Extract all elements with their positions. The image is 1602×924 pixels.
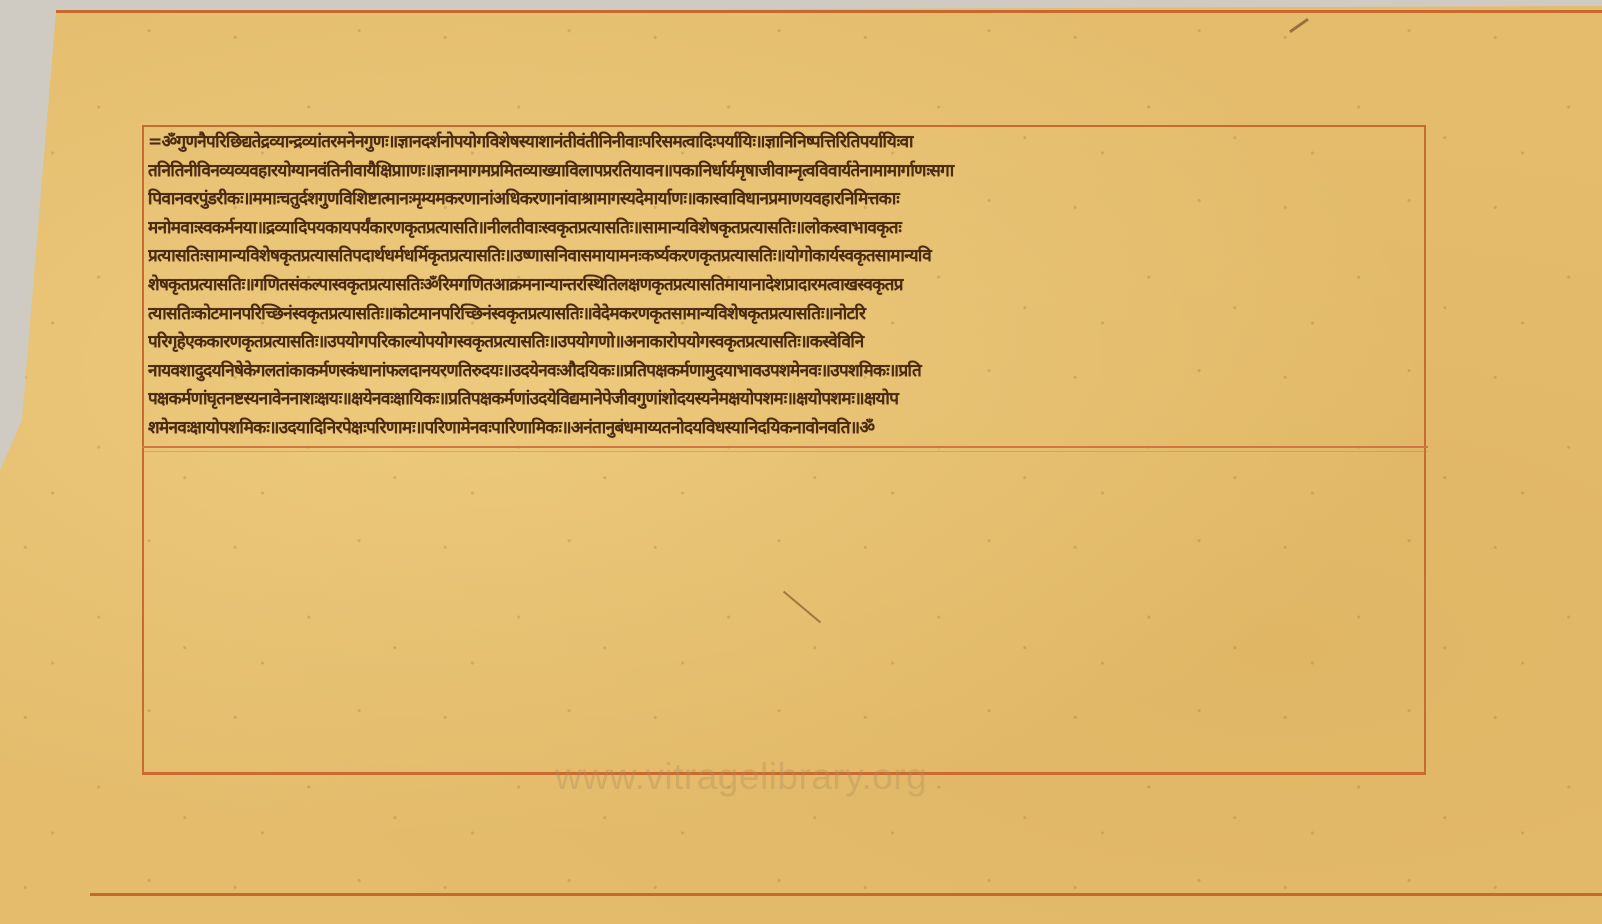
text-line: त्यासतिःकोटमानपरिच्छिनंस्वकृतप्रत्यासतिः…	[148, 300, 1422, 329]
text-line: पक्षकर्मणांघृतनष्टस्यनावेननाशःक्षयः॥क्षय…	[148, 385, 1422, 414]
text-end-rule	[142, 446, 1428, 448]
text-line: मनोमवाःस्वकर्मनया॥द्रव्यादिपयकायपर्यंकार…	[148, 214, 1422, 243]
text-line: तनितिनीविनव्यव्यवहारयोग्यानवंतिनीवायैक्ष…	[148, 157, 1422, 186]
manuscript-text-block: =ॐगुणनैपरिछिद्यतेद्रव्यान्द्रव्यांतरमनेन…	[148, 128, 1422, 443]
top-border-rule	[56, 10, 1602, 13]
text-line: पिवानवरपुंडरीकः॥ममाःचतुर्दशगुणविशिष्टात्…	[148, 185, 1422, 214]
text-line: परिगृहेएककारणकृतप्रत्यासतिः॥उपयोगपरिकाल्…	[148, 328, 1422, 357]
text-line: शेषकृतप्रत्यासतिः॥गणितसंकल्पास्वकृतप्रत्…	[148, 271, 1422, 300]
text-line: नायवशादुदयनिषेकेगलतांकाकर्मणस्कंधानांफलद…	[148, 357, 1422, 386]
blank-lower-panel	[144, 452, 1426, 774]
text-line: =ॐगुणनैपरिछिद्यतेद्रव्यान्द्रव्यांतरमनेन…	[148, 128, 1422, 157]
watermark: www.vitragelibrary.org	[555, 756, 1025, 798]
text-line: प्रत्यासतिःसामान्यविशेषकृतप्रत्यासतिपदार…	[148, 242, 1422, 271]
bottom-border-rule	[90, 893, 1602, 896]
text-line: शमेनवःक्षायोपशमिकः॥उदयादिनिरपेक्षःपरिणाम…	[148, 414, 1422, 443]
